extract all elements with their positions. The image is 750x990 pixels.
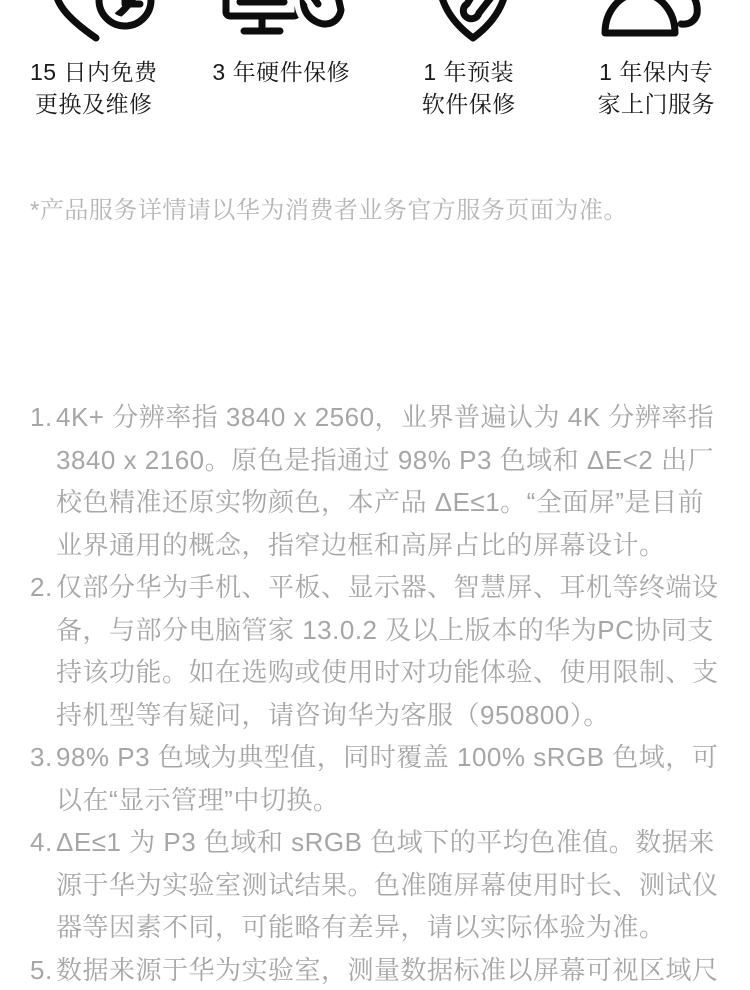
service-item-home-service: 1 年保内专 家上门服务 — [563, 0, 750, 120]
footnote-item-1: 1. 4K+ 分辨率指 3840 x 2560，业界普遍认为 4K 分辨率指 3… — [30, 396, 724, 566]
shield-wrench-icon — [394, 0, 544, 46]
product-detail-notes-section: 15 日内免费 更换及维修 3 年硬件保修 — [0, 0, 750, 990]
service-cap-icon — [581, 0, 731, 46]
heart-clock-icon — [19, 0, 169, 46]
footnote-number: 5. — [30, 949, 56, 990]
footnote-number: 1. — [30, 396, 56, 439]
footnote-text: 仅部分华为手机、平板、显示器、智慧屏、耳机等终端设备，与部分电脑管家 13.0.… — [56, 566, 724, 736]
footnote-text: 4K+ 分辨率指 3840 x 2560，业界普遍认为 4K 分辨率指 3840… — [56, 396, 724, 566]
footnote-number: 2. — [30, 566, 56, 609]
service-label: 1 年保内专 家上门服务 — [598, 56, 716, 120]
footnotes-list: 1. 4K+ 分辨率指 3840 x 2560，业界普遍认为 4K 分辨率指 3… — [30, 396, 724, 990]
service-label: 1 年预装 软件保修 — [422, 56, 516, 120]
monitor-click-icon — [206, 0, 356, 46]
service-item-software-warranty: 1 年预装 软件保修 — [375, 0, 563, 120]
service-guarantees-row: 15 日内免费 更换及维修 3 年硬件保修 — [0, 0, 750, 120]
service-item-hardware-warranty: 3 年硬件保修 — [188, 0, 376, 120]
service-item-free-replacement: 15 日内免费 更换及维修 — [0, 0, 188, 120]
service-label: 15 日内免费 更换及维修 — [30, 56, 157, 120]
service-disclaimer-text: *产品服务详情请以华为消费者业务官方服务页面为准。 — [30, 196, 730, 226]
footnote-number: 4. — [30, 821, 56, 864]
footnote-item-5: 5. 数据来源于华为实验室，测量数据标准以屏幕可视区域尺 — [30, 949, 724, 990]
footnote-number: 3. — [30, 736, 56, 779]
footnote-item-4: 4. ΔE≤1 为 P3 色域和 sRGB 色域下的平均色准值。数据来源于华为实… — [30, 821, 724, 949]
footnote-text: ΔE≤1 为 P3 色域和 sRGB 色域下的平均色准值。数据来源于华为实验室测… — [56, 821, 724, 949]
footnote-item-2: 2. 仅部分华为手机、平板、显示器、智慧屏、耳机等终端设备，与部分电脑管家 13… — [30, 566, 724, 736]
footnote-text: 数据来源于华为实验室，测量数据标准以屏幕可视区域尺 — [56, 949, 724, 990]
service-label: 3 年硬件保修 — [212, 56, 350, 88]
footnote-item-3: 3. 98% P3 色域为典型值，同时覆盖 100% sRGB 色域，可以在“显… — [30, 736, 724, 821]
footnote-text: 98% P3 色域为典型值，同时覆盖 100% sRGB 色域，可以在“显示管理… — [56, 736, 724, 821]
